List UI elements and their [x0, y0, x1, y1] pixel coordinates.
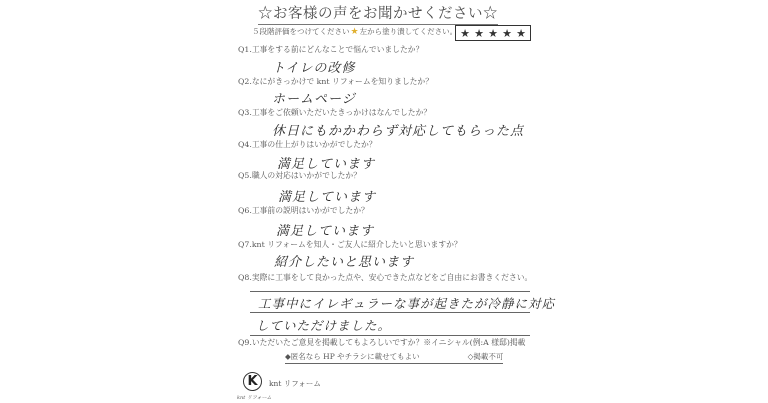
question-3: Q3.工事をご依頼いただいたきっかけはなんでしたか？	[238, 107, 431, 118]
answer-5: 満足しています	[278, 186, 376, 205]
logo-subtext: knt リフォーム	[237, 394, 272, 401]
page-title: ☆お客様の声をお聞かせください☆	[258, 2, 498, 25]
question-2: Q2.なにがきっかけで knt リフォームを知りましたか？	[238, 76, 433, 87]
answer-7: 紹介したいと思います	[274, 251, 414, 270]
star-icon[interactable]: ★	[474, 28, 484, 39]
knt-logo: K	[243, 372, 262, 391]
star-rating[interactable]: ★ ★ ★ ★ ★	[455, 25, 531, 41]
answer-8-line-1: 工事中にイレギュラーな事が起きたが冷静に対応	[258, 294, 555, 312]
option-anonymous-ok[interactable]: ◆匿名なら HP やチラシに載せてもよい	[285, 351, 420, 362]
answer-2: ホームページ	[272, 88, 356, 107]
divider	[250, 335, 530, 336]
answer-8-line-2: していただけました。	[256, 316, 391, 334]
question-7: Q7.knt リフォームを知人・ご友人に紹介したいと思いますか？	[238, 239, 462, 250]
question-4: Q4.工事の仕上がりはいかがでしたか？	[238, 139, 377, 150]
answer-1: トイレの改修	[272, 57, 355, 76]
option-anonymous-ok-label: 匿名なら HP やチラシに載せてもよい	[291, 352, 420, 361]
rating-instruction-left: ５段階評価をつけてください	[252, 26, 350, 37]
question-1: Q1.工事をする前にどんなことで悩んでいましたか？	[238, 44, 423, 55]
answer-3: 休日にもかかわらず対応してもらった点	[272, 120, 524, 139]
star-icon[interactable]: ★	[502, 28, 512, 39]
star-icon[interactable]: ★	[488, 28, 498, 39]
divider	[250, 291, 530, 292]
answer-6: 満足しています	[276, 220, 374, 239]
rating-instruction: ５段階評価をつけてください ★ 左から塗り潰してください。	[252, 26, 457, 37]
divider	[250, 312, 530, 313]
star-icon: ★	[351, 27, 359, 37]
question-9: Q9.いただいたご意見を掲載してもよろしいですか？※イニシャル(例:A 様邸)掲…	[238, 337, 525, 348]
question-8: Q8.実際に工事をして良かった点や、安心できた点などをご自由にお書きください。	[238, 272, 532, 283]
publish-options: ◆匿名なら HP やチラシに載せてもよい ◇掲載不可	[285, 351, 503, 364]
brand-name: knt リフォーム	[269, 378, 321, 389]
option-no-publish[interactable]: ◇掲載不可	[468, 351, 504, 362]
survey-page: ☆お客様の声をお聞かせください☆ ５段階評価をつけてください ★ 左から塗り潰し…	[0, 0, 768, 403]
star-icon[interactable]: ★	[460, 28, 470, 39]
question-6: Q6.工事前の説明はいかがでしたか？	[238, 205, 369, 216]
rating-instruction-right: 左から塗り潰してください。	[360, 26, 458, 37]
question-5: Q5.職人の対応はいかがでしたか？	[238, 170, 361, 181]
star-icon[interactable]: ★	[516, 28, 526, 39]
